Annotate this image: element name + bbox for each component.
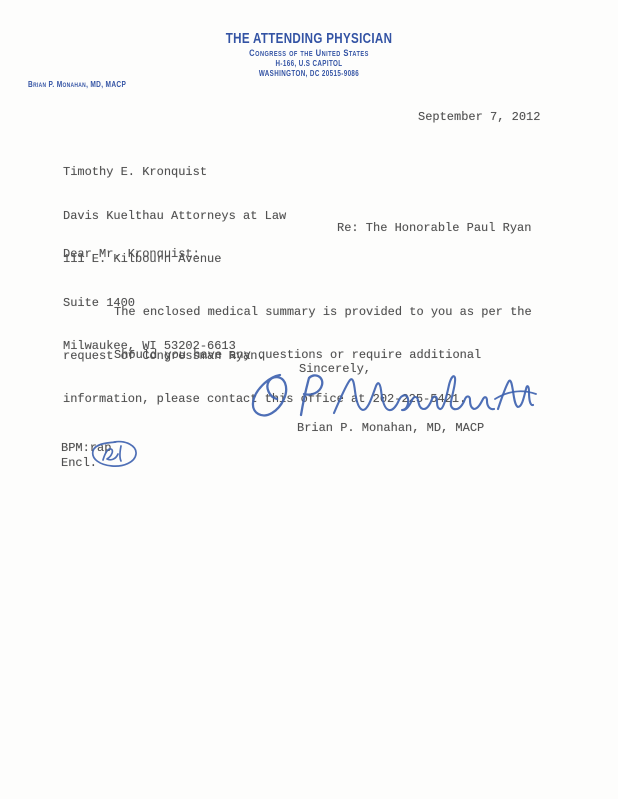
letterhead-title: THE ATTENDING PHYSICIAN bbox=[62, 31, 556, 47]
letterhead-address-line: H-166, U.S CAPITOL bbox=[62, 59, 556, 69]
re-line: Re: The Honorable Paul Ryan bbox=[337, 221, 531, 236]
letterhead-zip-line: WASHINGTON, DC 20515-9086 bbox=[62, 69, 556, 79]
address-line: Timothy E. Kronquist bbox=[63, 165, 286, 180]
address-line: Davis Kuelthau Attorneys at Law bbox=[63, 209, 286, 224]
letterhead-physician-name: Brian P. Monahan, MD, MACP bbox=[28, 80, 126, 89]
paragraph-line: The enclosed medical summary is provided… bbox=[63, 305, 532, 320]
signature-script bbox=[246, 368, 538, 424]
letterhead: THE ATTENDING PHYSICIAN Congress of the … bbox=[62, 31, 556, 78]
letter-page: THE ATTENDING PHYSICIAN Congress of the … bbox=[0, 0, 618, 799]
date-line: September 7, 2012 bbox=[418, 110, 540, 125]
typed-signature-name: Brian P. Monahan, MD, MACP bbox=[297, 421, 484, 436]
salutation: Dear Mr. Kronquist: bbox=[63, 247, 200, 262]
letterhead-organization: Congress of the United States bbox=[62, 48, 556, 59]
handwritten-initials-circled bbox=[87, 438, 141, 470]
paragraph-line: Should you have any questions or require… bbox=[63, 348, 481, 363]
